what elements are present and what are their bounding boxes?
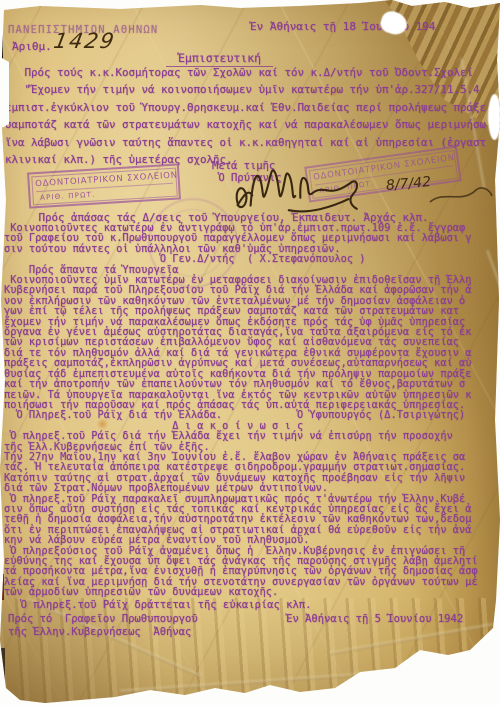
paper-hole bbox=[378, 9, 410, 38]
scanned-document: ΠΑΝΕΠΙΣΤΗΜΙΟΝ ΑΘΗΝΩΝ Ἐν Ἀθήναις τῇ 18 Ἰο… bbox=[0, 0, 500, 705]
edge-mark bbox=[0, 648, 5, 682]
pen-scrawl bbox=[428, 182, 494, 208]
dental-school-stamp-left: ΟΔΟΝΤΟΙΑΤΡΙΚΟΝ ΣΧΟΛΕΙΟΝ ΑΡΙΘ. ΠΡΩΤ. bbox=[27, 163, 181, 208]
edge-mark bbox=[0, 118, 3, 128]
protocol-number-handwritten: 1429 bbox=[52, 29, 118, 53]
edge-mark bbox=[0, 34, 3, 62]
footer-address-and-date: Πρός τό Γραφεῖον Πρωθυπουργοῦ Ἐν Ἀθήναις… bbox=[8, 613, 463, 638]
paper-tear bbox=[242, 0, 254, 6]
paper-sheet: ΠΑΝΕΠΙΣΤΗΜΙΟΝ ΑΘΗΝΩΝ Ἐν Ἀθήναις τῇ 18 Ἰο… bbox=[0, 0, 500, 705]
closing-line: Ὁ πληρεξ.τοῦ Ράϊχ δράττεται τῆς εὐκαιρία… bbox=[8, 599, 311, 611]
paper-tear bbox=[488, 94, 500, 140]
classification-title: Ἐμπιστευτική bbox=[166, 51, 273, 65]
date-line: Ἐν Ἀθήναις τῇ 18 Ἰουλίου 194 bbox=[250, 20, 435, 33]
edge-mark bbox=[0, 574, 4, 600]
body-text: Κοινοποιοῦντες κατωτέρω ἐν ἀντιγράφῳ τό … bbox=[4, 224, 478, 599]
protocol-number-label: Ἀριθμ. bbox=[12, 40, 52, 53]
crease-line bbox=[485, 250, 500, 420]
stamp-date-handwritten: 8/7/42 bbox=[385, 174, 431, 194]
crease-line bbox=[120, 667, 449, 693]
